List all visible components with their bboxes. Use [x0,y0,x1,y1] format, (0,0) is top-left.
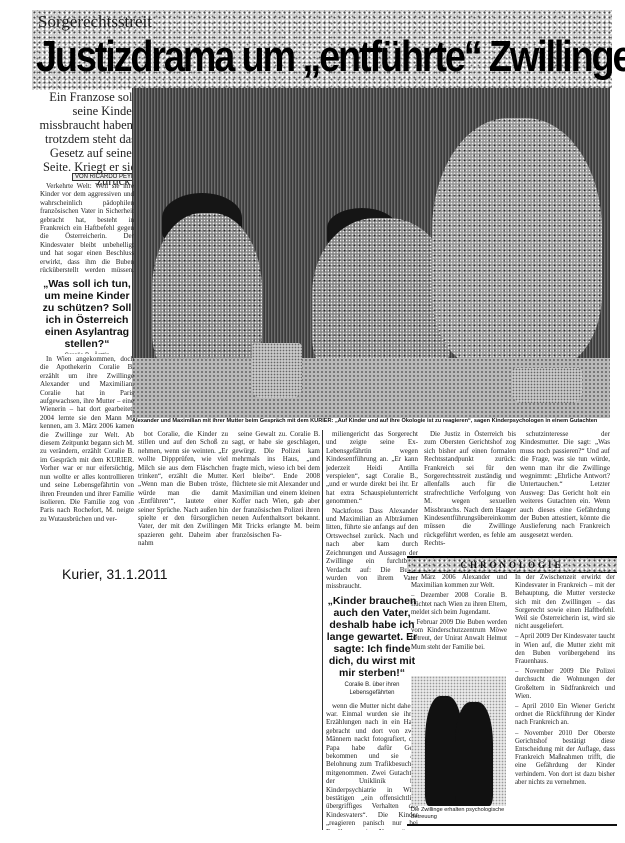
cup [252,343,302,398]
intro-text: Verkehrte Welt: Weil sie ihre Kinder vor… [40,182,134,272]
column-1-text: In Wien angekommen, doch die Apothekerin… [40,355,134,523]
column-4-text: miliengericht das Sorgerecht und zeigte … [326,430,418,506]
column-5: Die Justiz in Österreich bis zum Oberste… [424,430,516,550]
pull-quote-1-box: „Was soll ich tun, um meine Kinder zu sc… [40,274,134,354]
chronology-item: – April 2010 Ein Wiener Gericht ordnet d… [515,703,615,728]
column-3-text: seine Gewalt zu. Coralie B. sagt, er hab… [232,430,320,539]
newspaper-clipping: Sorgerechtsstreit Justizdrama um „entfüh… [32,10,612,843]
twin-figure [455,702,493,806]
photo-caption: Alexander und Maximilian mit ihrer Mutte… [132,418,610,424]
column-2: bot Coralie, die Kinder zu stillen und a… [138,430,228,570]
article-headline: Justizdrama um „entführte“ Zwillinge [36,34,530,80]
column-6-text: schutzinteresse der Kindesmutter. Die sa… [520,430,610,539]
column-4: miliengericht das Sorgerecht und zeigte … [326,430,418,830]
chronology-item: – Februar 2009 Die Buben werden vom Kind… [411,619,507,652]
article-kicker: Sorgerechtsstreit [38,12,152,32]
mother-figure [432,118,602,368]
pull-quote-1-source: Coralie B., Ärztin [40,352,134,354]
twins-photo [411,676,506,806]
pull-quote-2-source: Coralie B. über ihren Lebensgefährten [326,681,418,698]
chronology-item: – März 2006 Alexander und Maximilian kom… [411,574,507,590]
twins-photo-caption: Die Zwillinge erhalten psychologische Be… [411,807,511,821]
column-5-text: Die Justiz in Österreich bis zum Oberste… [424,430,516,548]
column-divider [322,430,323,830]
column-4-text-2: wenn die Mutter nicht daheim war. Einmal… [326,702,418,830]
chronology-right-column: In der Zwischenzeit erwirkt der Kindesva… [515,574,615,826]
column-6: schutzinteresse der Kindesmutter. Die sa… [520,430,610,550]
main-photo [132,88,610,418]
chronology-item: – November 2010 Der Oberste Gerichtshof … [515,730,615,787]
column-1: In Wien angekommen, doch die Apothekerin… [40,355,134,555]
chronology-bottom-rule [407,824,617,826]
pull-quote-2: „Kinder brauchen auch den Vater, deshalb… [326,595,418,679]
chronology-box: CHRONOLOGIE – März 2006 Alexander und Ma… [407,556,617,826]
source-label: Kurier, 31.1.2011 [62,566,168,582]
pull-quote-1: „Was soll ich tun, um meine Kinder zu sc… [40,278,134,350]
column-2-text: bot Coralie, die Kinder zu stillen und a… [138,430,228,548]
chronology-item: – April 2009 Der Kindesvater taucht in W… [515,633,615,666]
chronology-item: In der Zwischenzeit erwirkt der Kindesva… [515,574,615,631]
bowl [512,368,582,403]
chronology-title: CHRONOLOGIE [407,556,617,573]
chronology-left-column: – März 2006 Alexander und Maximilian kom… [411,574,507,674]
column-3: seine Gewalt zu. Coralie B. sagt, er hab… [232,430,320,570]
nacktfotos-text: Nacktfotos Dass Alexander und Maximilian… [326,507,418,591]
chronology-item: – Dezember 2008 Coralie B. flüchtet nach… [411,592,507,617]
chronology-item: – November 2009 Die Polizei durchsucht d… [515,668,615,701]
article-intro: Verkehrte Welt: Weil sie ihre Kinder vor… [40,182,134,272]
nacktfotos-paragraph: Nacktfotos Dass Alexander und Maximilian… [326,507,418,591]
